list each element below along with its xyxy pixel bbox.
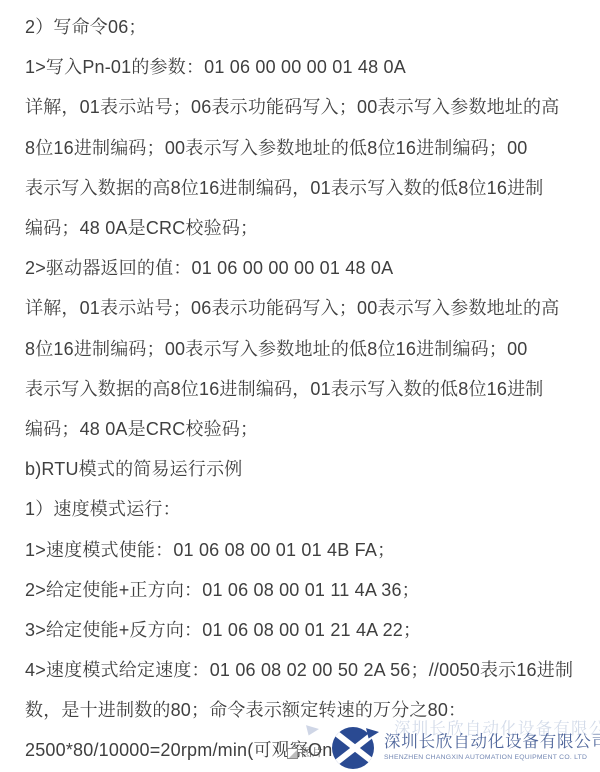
doc-line: 1）速度模式运行：	[25, 488, 590, 528]
doc-line: 编码；48 0A是CRC校验码；	[25, 207, 590, 247]
company-logo-icon	[330, 725, 376, 771]
doc-line: 编码；48 0A是CRC校验码；	[25, 408, 590, 448]
doc-line: 2）写命令06；	[25, 6, 590, 46]
doc-line: 2>驱动器返回的值：01 06 00 00 00 01 48 0A	[25, 247, 590, 287]
doc-line: 1>写入Pn-01的参数：01 06 00 00 00 01 48 0A	[25, 46, 590, 86]
company-name-cn: 深圳长欣自动化设备有限公司	[384, 734, 600, 751]
company-name-block: 深圳长欣自动化设备有限公司 深圳长欣自动化设备有限公司 SHENZHEN CHA…	[384, 734, 600, 760]
document-page: 2）写命令06； 1>写入Pn-01的参数：01 06 00 00 00 01 …	[0, 0, 600, 772]
doc-line: 表示写入数据的高8位16进制编码，01表示写入数的低8位16进制	[25, 167, 590, 207]
doc-line: 详解，01表示站号；06表示功能码写入；00表示写入参数地址的高	[25, 287, 590, 327]
broken-image-icon	[287, 748, 298, 759]
doc-line: 详解，01表示站号；06表示功能码写入；00表示写入参数地址的高	[25, 86, 590, 126]
company-name-en: SHENZHEN CHANGXIN AUTOMATION EQUIPMENT C…	[384, 754, 600, 761]
doc-line: 4>速度模式给定速度：01 06 08 02 00 50 2A 56；//005…	[25, 649, 590, 689]
company-watermark: 深圳长欣自动化设备有限公司 深圳长欣自动化设备有限公司 SHENZHEN CHA…	[330, 723, 598, 772]
doc-line: 8位16进制编码；00表示写入参数地址的低8位16进制编码；00	[25, 127, 590, 167]
doc-line: 2>给定使能+正方向：01 06 08 00 01 11 4A 36；	[25, 569, 590, 609]
broken-image-label: 图片	[301, 747, 323, 760]
doc-line: b)RTU模式的简易运行示例	[25, 448, 590, 488]
broken-image-placeholder: 图片	[287, 747, 323, 760]
doc-line: 表示写入数据的高8位16进制编码，01表示写入数的低8位16进制	[25, 368, 590, 408]
document-text: 2）写命令06； 1>写入Pn-01的参数：01 06 00 00 00 01 …	[25, 6, 590, 770]
doc-line: 8位16进制编码；00表示写入参数地址的低8位16进制编码；00	[25, 328, 590, 368]
doc-line: 3>给定使能+反方向：01 06 08 00 01 21 4A 22；	[25, 609, 590, 649]
doc-line: 1>速度模式使能：01 06 08 00 01 01 4B FA；	[25, 528, 590, 568]
